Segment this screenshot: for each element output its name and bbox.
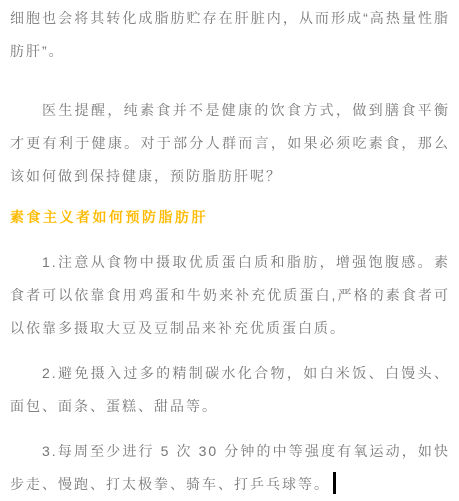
paragraph-doctor-reminder: 医生提醒，纯素食并不是健康的饮食方式，做到膳食平衡才更有利于健康。对于部分人群而…	[10, 94, 450, 193]
paragraph-intro-tail-text: 细胞也会将其转化成脂肪贮存在肝脏内，从而形成“高热量性脂肪肝”。	[10, 10, 450, 59]
section-heading-text: 素食主义者如何预防脂肪肝	[10, 209, 208, 225]
text-cursor	[333, 472, 336, 494]
paragraph-tip-1-text: 1.注意从食物中摄取优质蛋白质和脂肪，增强饱腹感。素食者可以依靠食用鸡蛋和牛奶来…	[10, 254, 450, 336]
paragraph-doctor-reminder-text: 医生提醒，纯素食并不是健康的饮食方式，做到膳食平衡才更有利于健康。对于部分人群而…	[10, 102, 450, 184]
paragraph-tip-3: 3.每周至少进行 5 次 30 分钟的中等强度有氧运动，如快步走、慢跑、打太极拳…	[10, 435, 450, 501]
article-page: 细胞也会将其转化成脂肪贮存在肝脏内，从而形成“高热量性脂肪肝”。 医生提醒，纯素…	[0, 0, 459, 501]
paragraph-tip-3-text: 3.每周至少进行 5 次 30 分钟的中等强度有氧运动，如快步走、慢跑、打太极拳…	[10, 443, 450, 492]
paragraph-intro-tail: 细胞也会将其转化成脂肪贮存在肝脏内，从而形成“高热量性脂肪肝”。	[10, 2, 450, 68]
section-heading: 素食主义者如何预防脂肪肝	[10, 201, 450, 234]
paragraph-tip-2-text: 2.避免摄入过多的精制碳水化合物，如白米饭、白馒头、面包、面条、蛋糕、甜品等。	[10, 365, 450, 414]
paragraph-tip-1: 1.注意从食物中摄取优质蛋白质和脂肪，增强饱腹感。素食者可以依靠食用鸡蛋和牛奶来…	[10, 246, 450, 345]
paragraph-tip-2: 2.避免摄入过多的精制碳水化合物，如白米饭、白馒头、面包、面条、蛋糕、甜品等。	[10, 357, 450, 423]
